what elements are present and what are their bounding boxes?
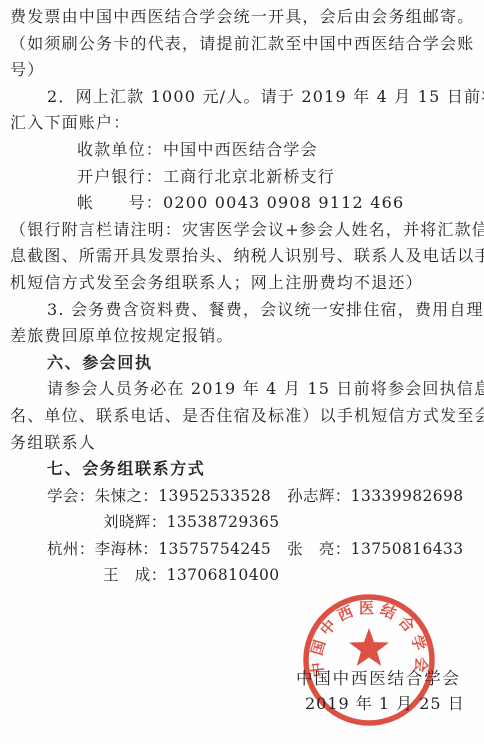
document-line: （银行附言栏请注明：灾害医学会议+参会人姓名，并将汇款信 bbox=[10, 217, 474, 244]
section-heading: 六、参会回执 bbox=[10, 350, 474, 377]
document-line: 汇入下面账户： bbox=[10, 110, 474, 137]
document-line: 名、单位、联系电话、是否住宿及标准）以手机短信方式发至会 bbox=[10, 403, 474, 430]
document-line: 请参会人员务必在 2019 年 4 月 15 日前将参会回执信息（姓 bbox=[10, 376, 474, 403]
document-line: 息截图、所需开具发票抬头、纳税人识别号、联系人及电话以手 bbox=[10, 243, 474, 270]
document-line: 学会：朱悚之：13952533528 孙志辉：13339982698 bbox=[10, 483, 474, 510]
document-line: （如须刷公务卡的代表，请提前汇款至中国中西医结合学会账 bbox=[10, 31, 474, 58]
document-line: 开户银行：工商行北京北新桥支行 bbox=[10, 164, 474, 191]
document-line: 务组联系人 bbox=[10, 430, 474, 457]
document-line: 收款单位：中国中西医结合学会 bbox=[10, 137, 474, 164]
document-line: 3. 会务费含资料费、餐费，会议统一安排住宿，费用自理， bbox=[10, 297, 474, 324]
document-line: 杭州：李海林：13575754245 张 亮：13750816433 bbox=[10, 536, 474, 563]
document-line: 费发票由中国中西医结合学会统一开具，会后由会务组邮寄。 bbox=[10, 4, 474, 31]
document-line: 差旅费回原单位按规定报销。 bbox=[10, 323, 474, 350]
document-body: 费发票由中国中西医结合学会统一开具，会后由会务组邮寄。（如须刷公务卡的代表，请提… bbox=[0, 0, 484, 589]
document-line: 机短信方式发至会务组联系人；网上注册费均不退还） bbox=[10, 270, 474, 297]
section-heading: 七、会务组联系方式 bbox=[10, 456, 474, 483]
seal-star-icon bbox=[349, 628, 389, 666]
signature-organization: 中国中西医结合学会 bbox=[296, 665, 461, 689]
signature-date: 2019 年 1 月 25 日 bbox=[305, 691, 465, 714]
document-page: 费发票由中国中西医结合学会统一开具，会后由会务组邮寄。（如须刷公务卡的代表，请提… bbox=[0, 0, 484, 744]
document-line: 号） bbox=[10, 57, 474, 84]
document-line: 2．网上汇款 1000 元/人。请于 2019 年 4 月 15 日前将会议费 bbox=[10, 84, 474, 111]
document-line: 刘晓辉：13538729365 bbox=[10, 509, 474, 536]
document-line: 帐 号：0200 0043 0908 9112 466 bbox=[10, 190, 474, 217]
